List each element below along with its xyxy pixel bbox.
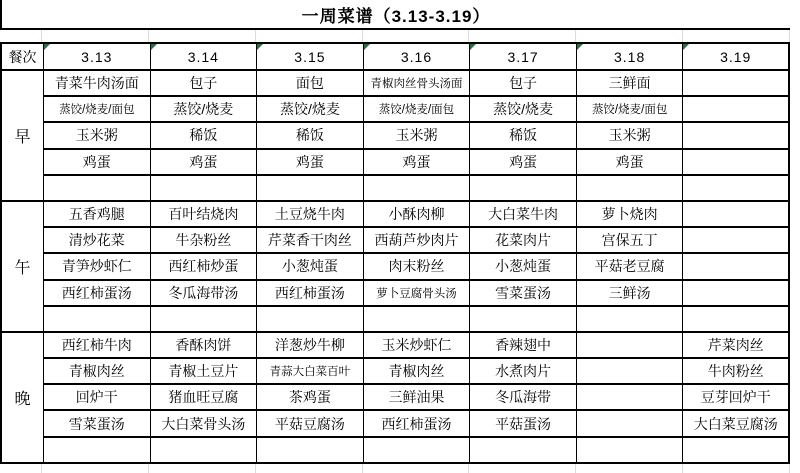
menu-cell[interactable] (683, 228, 790, 254)
date-header-cell[interactable]: 3.14 (151, 44, 258, 71)
menu-cell[interactable]: 玉米粥 (44, 123, 151, 149)
menu-cell-text: 面包 (296, 73, 324, 93)
green-corner-marker-icon (683, 44, 689, 50)
menu-cell-text: 蒸饺/烧麦/面包 (379, 101, 454, 117)
menu-cell-text: 稀饭 (189, 125, 217, 145)
menu-cell-text: 牛肉粉丝 (708, 361, 764, 381)
menu-cell[interactable] (577, 333, 684, 359)
menu-cell[interactable] (364, 307, 471, 333)
date-header-cell[interactable]: 3.17 (470, 44, 577, 71)
menu-cell[interactable]: 鸡蛋 (44, 150, 151, 176)
menu-cell-text: 宫保五丁 (602, 230, 658, 250)
menu-cell[interactable] (577, 359, 684, 385)
date-header-cell[interactable]: 3.18 (577, 44, 684, 71)
date-header-cell[interactable]: 3.15 (257, 44, 364, 71)
date-header-cell-text: 3.18 (614, 49, 645, 65)
menu-cell[interactable]: 蒸饺/烧麦/面包 (44, 97, 151, 123)
menu-cell-text: 西红柿蛋汤 (62, 283, 132, 303)
sheet-gridline-cell (42, 30, 149, 42)
menu-cell[interactable]: 三鲜汤 (577, 281, 684, 307)
menu-cell[interactable]: 西红柿蛋汤 (364, 411, 471, 437)
sheet-bottom-margin (0, 464, 790, 473)
sheet-gridline-cell (363, 464, 470, 473)
menu-cell[interactable]: 宫保五丁 (577, 228, 684, 254)
menu-cell-text: 大白菜豆腐汤 (694, 414, 778, 434)
menu-cell[interactable]: 三鲜面 (577, 71, 684, 97)
menu-cell[interactable] (683, 176, 790, 202)
sheet-title-row: 一周菜谱（3.13-3.19） (0, 0, 790, 30)
menu-cell[interactable] (683, 202, 790, 228)
sheet-gridline-cell (683, 464, 790, 473)
menu-cell-text: 芹菜香干肉丝 (268, 230, 352, 250)
menu-cell-text: 西红柿牛肉 (62, 335, 132, 355)
menu-cell[interactable]: 三鲜油果 (364, 385, 471, 411)
menu-cell[interactable] (364, 438, 471, 464)
date-header-cell-text: 3.19 (720, 49, 751, 65)
menu-cell[interactable]: 青椒土豆片 (151, 359, 258, 385)
menu-cell-text: 萝卜烧肉 (602, 204, 658, 224)
meal-row-header-cell-text: 晚 (14, 386, 30, 409)
menu-cell[interactable]: 玉米粥 (364, 123, 471, 149)
menu-cell[interactable] (577, 176, 684, 202)
menu-cell-text: 青椒土豆片 (168, 361, 238, 381)
menu-cell-text: 蒸饺/烧麦 (173, 99, 233, 119)
menu-cell[interactable] (577, 438, 684, 464)
menu-cell[interactable]: 玉米炒虾仁 (364, 333, 471, 359)
date-header-cell[interactable]: 3.19 (683, 44, 790, 71)
menu-cell[interactable]: 豆芽回炉干 (683, 385, 790, 411)
menu-cell[interactable]: 西红柿蛋汤 (257, 281, 364, 307)
menu-cell[interactable]: 清炒花菜 (44, 228, 151, 254)
menu-cell[interactable] (683, 71, 790, 97)
menu-cell-text: 清炒花菜 (69, 230, 125, 250)
sheet-gridline-cell (683, 30, 790, 42)
green-corner-marker-icon (364, 44, 370, 50)
menu-cell-text: 大白菜骨头汤 (161, 414, 245, 434)
menu-cell[interactable]: 稀饭 (257, 123, 364, 149)
menu-cell[interactable] (257, 307, 364, 333)
sheet-gridline-cell (149, 464, 256, 473)
sheet-gridline-cell (149, 30, 256, 42)
green-corner-marker-icon (151, 44, 157, 50)
spreadsheet-menu-sheet: 一周菜谱（3.13-3.19） 餐次3.133.143.153.163.173.… (0, 0, 800, 473)
menu-cell[interactable] (470, 307, 577, 333)
menu-cell[interactable] (257, 176, 364, 202)
menu-cell[interactable] (683, 281, 790, 307)
menu-cell[interactable]: 土豆烧牛肉 (257, 202, 364, 228)
menu-cell[interactable]: 平菇老豆腐 (577, 254, 684, 280)
meal-row-header-cell[interactable]: 晚 (2, 333, 44, 464)
menu-cell-text: 包子 (189, 73, 217, 93)
menu-cell-text: 鸡蛋 (83, 152, 111, 172)
menu-cell[interactable] (683, 254, 790, 280)
menu-cell-text: 小葱炖蛋 (282, 256, 338, 276)
meal-row-header-cell[interactable]: 午 (2, 202, 44, 333)
menu-cell-text: 水煮肉片 (495, 361, 551, 381)
menu-cell-text: 鸡蛋 (189, 152, 217, 172)
menu-cell-text: 青椒肉丝骨头汤面 (370, 75, 462, 91)
menu-cell-text: 花菜肉片 (495, 230, 551, 250)
sheet-gridline-cell (363, 30, 470, 42)
date-header-cell-text: 3.13 (81, 49, 112, 65)
menu-cell-text: 稀饭 (509, 125, 537, 145)
menu-cell[interactable]: 大白菜豆腐汤 (683, 411, 790, 437)
menu-cell[interactable] (44, 438, 151, 464)
menu-cell[interactable]: 西红柿牛肉 (44, 333, 151, 359)
menu-cell[interactable]: 鸡蛋 (577, 150, 684, 176)
menu-cell[interactable] (470, 438, 577, 464)
menu-cell[interactable]: 牛肉粉丝 (683, 359, 790, 385)
menu-cell[interactable]: 雪菜蛋汤 (470, 281, 577, 307)
menu-cell-text: 平菇老豆腐 (595, 256, 665, 276)
menu-cell[interactable]: 小葱炖蛋 (470, 254, 577, 280)
menu-cell[interactable]: 蒸饺/烧麦 (470, 97, 577, 123)
menu-cell[interactable]: 冬瓜海带 (470, 385, 577, 411)
menu-cell-text: 猪血旺豆腐 (168, 387, 238, 407)
menu-cell-text: 萝卜豆腐骨头汤 (376, 285, 457, 301)
menu-cell-text: 洋葱炒牛柳 (275, 335, 345, 355)
menu-cell-text: 西红柿蛋汤 (275, 283, 345, 303)
menu-cell-text: 包子 (509, 73, 537, 93)
menu-cell[interactable]: 花菜肉片 (470, 228, 577, 254)
menu-cell[interactable] (577, 307, 684, 333)
menu-cell-text: 蒸饺/烧麦/面包 (59, 101, 134, 117)
sheet-spacer-row (0, 30, 790, 42)
menu-cell-text: 西红柿炒蛋 (168, 256, 238, 276)
menu-cell[interactable]: 洋葱炒牛柳 (257, 333, 364, 359)
menu-cell-text: 小酥肉柳 (388, 204, 444, 224)
menu-cell-text: 雪菜蛋汤 (495, 283, 551, 303)
menu-cell[interactable] (151, 307, 258, 333)
menu-cell-text: 蒸饺/烧麦 (493, 99, 553, 119)
menu-cell[interactable] (577, 411, 684, 437)
menu-cell[interactable] (683, 150, 790, 176)
meal-col-header-cell-text: 餐次 (9, 47, 37, 67)
menu-cell-text: 鸡蛋 (296, 152, 324, 172)
menu-cell[interactable]: 蒸饺/烧麦 (151, 97, 258, 123)
menu-cell-text: 青蒜大白菜百叶 (270, 363, 351, 379)
sheet-gridline-cell (42, 464, 149, 473)
date-header-cell[interactable]: 3.16 (364, 44, 471, 71)
menu-cell[interactable] (257, 438, 364, 464)
menu-cell[interactable] (151, 176, 258, 202)
menu-cell[interactable]: 蒸饺/烧麦/面包 (577, 97, 684, 123)
menu-cell-text: 土豆烧牛肉 (275, 204, 345, 224)
menu-cell[interactable]: 芹菜肉丝 (683, 333, 790, 359)
menu-cell[interactable] (683, 307, 790, 333)
menu-cell[interactable]: 小葱炖蛋 (257, 254, 364, 280)
menu-cell[interactable]: 蒸饺/烧麦/面包 (364, 97, 471, 123)
menu-cell[interactable]: 芹菜香干肉丝 (257, 228, 364, 254)
menu-cell-text: 鸡蛋 (402, 152, 430, 172)
menu-cell[interactable]: 面包 (257, 71, 364, 97)
meal-row-header-cell-text: 早 (14, 124, 30, 147)
sheet-gridline-cell (576, 464, 683, 473)
menu-cell[interactable]: 稀饭 (151, 123, 258, 149)
menu-cell[interactable] (44, 307, 151, 333)
menu-cell[interactable]: 大白菜骨头汤 (151, 411, 258, 437)
date-header-cell-text: 3.14 (188, 49, 219, 65)
menu-cell-text: 三鲜油果 (388, 387, 444, 407)
menu-cell[interactable]: 萝卜烧肉 (577, 202, 684, 228)
menu-cell-text: 雪菜蛋汤 (69, 414, 125, 434)
sheet-gridline-cell (256, 30, 363, 42)
sheet-gridline-cell (0, 464, 42, 473)
menu-cell-text: 玉米粥 (395, 125, 437, 145)
menu-cell[interactable]: 西红柿炒蛋 (151, 254, 258, 280)
sheet-gridline-cell (256, 464, 363, 473)
menu-cell[interactable]: 青蒜大白菜百叶 (257, 359, 364, 385)
meal-row-header-cell-text: 午 (14, 255, 30, 278)
menu-cell-text: 回炉干 (76, 387, 118, 407)
page-title: 一周菜谱（3.13-3.19） (302, 2, 491, 27)
menu-cell-text: 豆芽回炉干 (701, 387, 771, 407)
menu-cell[interactable] (683, 123, 790, 149)
menu-cell[interactable]: 香辣翅中 (470, 333, 577, 359)
menu-cell-text: 鸡蛋 (616, 152, 644, 172)
menu-cell-text: 牛杂粉丝 (175, 230, 231, 250)
menu-cell-text: 西红柿蛋汤 (381, 414, 451, 434)
menu-cell[interactable] (470, 176, 577, 202)
menu-cell[interactable]: 西红柿蛋汤 (44, 281, 151, 307)
green-corner-marker-icon (257, 44, 263, 50)
menu-cell-text: 芹菜肉丝 (708, 335, 764, 355)
menu-cell[interactable]: 西葫芦炒肉片 (364, 228, 471, 254)
menu-cell-text: 三鲜汤 (609, 283, 651, 303)
menu-cell[interactable]: 香酥肉饼 (151, 333, 258, 359)
menu-cell[interactable]: 百叶结烧肉 (151, 202, 258, 228)
menu-cell[interactable]: 小酥肉柳 (364, 202, 471, 228)
menu-cell[interactable]: 萝卜豆腐骨头汤 (364, 281, 471, 307)
menu-cell[interactable] (44, 176, 151, 202)
menu-cell-text: 肉末粉丝 (388, 256, 444, 276)
menu-cell[interactable]: 青椒肉丝 (364, 359, 471, 385)
menu-cell-text: 青椒肉丝 (388, 361, 444, 381)
menu-cell[interactable]: 玉米粥 (577, 123, 684, 149)
menu-cell[interactable]: 冬瓜海带汤 (151, 281, 258, 307)
menu-cell[interactable]: 平菇蛋汤 (470, 411, 577, 437)
green-corner-marker-icon (470, 44, 476, 50)
sheet-gridline-cell (469, 30, 576, 42)
menu-cell-text: 青椒肉丝 (69, 361, 125, 381)
menu-cell[interactable]: 鸡蛋 (470, 150, 577, 176)
menu-cell-text: 玉米粥 (76, 125, 118, 145)
menu-cell[interactable]: 回炉干 (44, 385, 151, 411)
meal-row-header-cell[interactable]: 早 (2, 71, 44, 202)
date-header-cell-text: 3.17 (507, 49, 538, 65)
menu-cell[interactable]: 茶鸡蛋 (257, 385, 364, 411)
menu-cell[interactable]: 大白菜牛肉 (470, 202, 577, 228)
meal-col-header-cell[interactable]: 餐次 (2, 44, 44, 71)
menu-cell-text: 平菇蛋汤 (495, 414, 551, 434)
menu-cell[interactable]: 包子 (151, 71, 258, 97)
menu-cell-text: 蒸饺/烧麦 (280, 99, 340, 119)
menu-cell[interactable]: 肉末粉丝 (364, 254, 471, 280)
menu-cell[interactable] (683, 438, 790, 464)
menu-cell-text: 鸡蛋 (509, 152, 537, 172)
menu-cell[interactable]: 鸡蛋 (257, 150, 364, 176)
menu-cell-text: 蒸饺/烧麦/面包 (592, 101, 667, 117)
menu-cell-text: 稀饭 (296, 125, 324, 145)
menu-cell[interactable]: 包子 (470, 71, 577, 97)
sheet-gridline-cell (576, 30, 683, 42)
menu-cell-text: 茶鸡蛋 (289, 387, 331, 407)
menu-cell-text: 玉米炒虾仁 (381, 335, 451, 355)
menu-cell-text: 平菇豆腐汤 (275, 414, 345, 434)
menu-cell-text: 小葱炖蛋 (495, 256, 551, 276)
menu-cell-text: 西葫芦炒肉片 (374, 230, 458, 250)
menu-cell-text: 冬瓜海带 (495, 387, 551, 407)
menu-cell-text: 三鲜面 (609, 73, 651, 93)
menu-cell-text: 冬瓜海带汤 (168, 283, 238, 303)
menu-cell[interactable]: 青椒肉丝骨头汤面 (364, 71, 471, 97)
menu-table: 餐次3.133.143.153.163.173.183.19早青菜牛肉汤面包子面… (0, 42, 790, 464)
date-header-cell-text: 3.16 (401, 49, 432, 65)
menu-cell-text: 玉米粥 (609, 125, 651, 145)
menu-cell[interactable] (683, 97, 790, 123)
menu-cell[interactable]: 蒸饺/烧麦 (257, 97, 364, 123)
menu-cell-text: 五香鸡腿 (69, 204, 125, 224)
date-header-cell-text: 3.15 (294, 49, 325, 65)
green-corner-marker-icon (44, 44, 50, 50)
sheet-gridline-cell (469, 464, 576, 473)
menu-cell-text: 香辣翅中 (495, 335, 551, 355)
menu-cell-text: 香酥肉饼 (175, 335, 231, 355)
date-header-cell[interactable]: 3.13 (44, 44, 151, 71)
menu-cell[interactable] (577, 385, 684, 411)
menu-cell[interactable]: 平菇豆腐汤 (257, 411, 364, 437)
menu-cell[interactable]: 青笋炒虾仁 (44, 254, 151, 280)
menu-cell[interactable]: 猪血旺豆腐 (151, 385, 258, 411)
menu-cell[interactable]: 稀饭 (470, 123, 577, 149)
menu-cell[interactable]: 鸡蛋 (151, 150, 258, 176)
menu-cell[interactable]: 青椒肉丝 (44, 359, 151, 385)
menu-cell[interactable]: 五香鸡腿 (44, 202, 151, 228)
menu-cell-text: 青菜牛肉汤面 (55, 73, 139, 93)
green-corner-marker-icon (577, 44, 583, 50)
menu-cell[interactable]: 雪菜蛋汤 (44, 411, 151, 437)
menu-cell-text: 青笋炒虾仁 (62, 256, 132, 276)
menu-cell[interactable]: 水煮肉片 (470, 359, 577, 385)
menu-cell[interactable] (364, 176, 471, 202)
menu-cell[interactable]: 青菜牛肉汤面 (44, 71, 151, 97)
menu-cell[interactable]: 鸡蛋 (364, 150, 471, 176)
menu-cell-text: 百叶结烧肉 (168, 204, 238, 224)
sheet-gridline-cell (0, 30, 42, 42)
menu-cell-text: 大白菜牛肉 (488, 204, 558, 224)
menu-cell[interactable]: 牛杂粉丝 (151, 228, 258, 254)
menu-cell[interactable] (151, 438, 258, 464)
